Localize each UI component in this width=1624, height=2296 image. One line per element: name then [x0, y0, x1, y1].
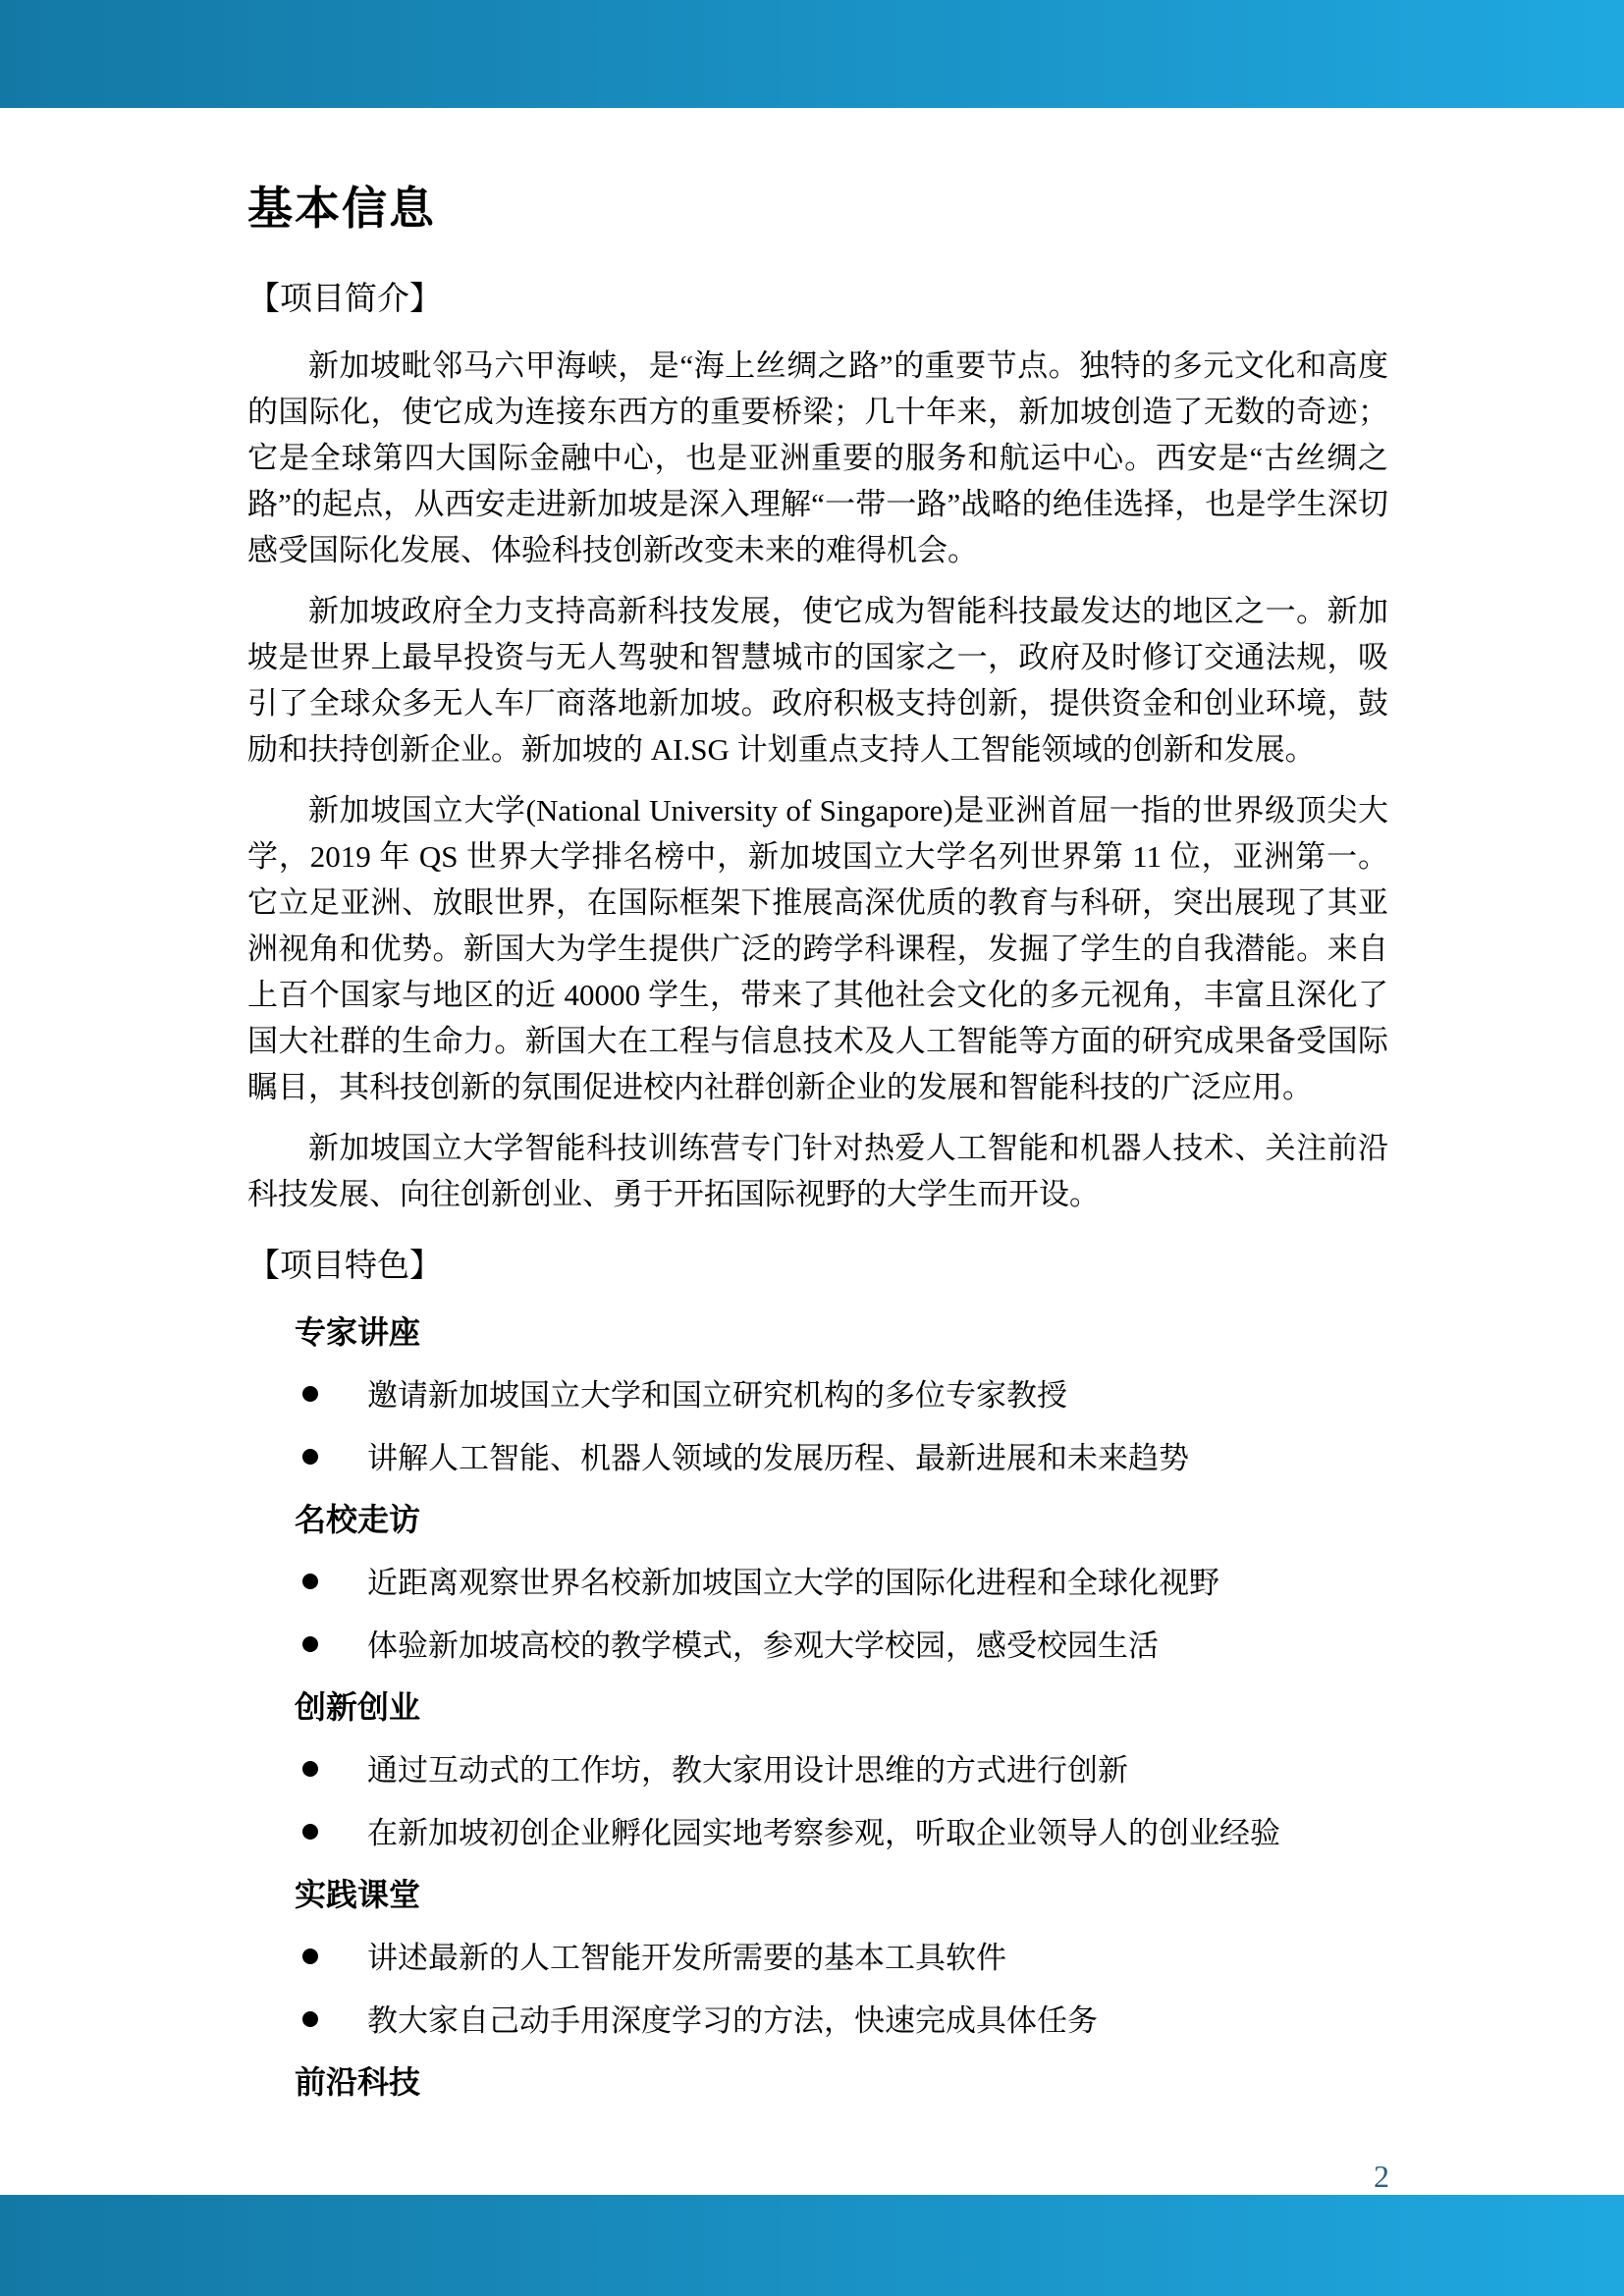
document-page: 基本信息 【项目简介】 新加坡毗邻马六甲海峡，是“海上丝绸之路”的重要节点。独特…: [0, 0, 1624, 2296]
bullet-item: 近距离观察世界名校新加坡国立大学的国际化进程和全球化视野: [302, 1560, 1388, 1606]
bullet-dot-icon: [302, 1636, 318, 1652]
header-band: [0, 0, 1624, 108]
intro-paragraph-2: 新加坡政府全力支持高新科技发展，使它成为智能科技最发达的地区之一。新加坡是世界上…: [247, 588, 1388, 773]
feature-heading-frontier-tech: 前沿科技: [295, 2059, 1388, 2106]
bullet-item: 讲解人工智能、机器人领域的发展历程、最新进展和未来趋势: [302, 1435, 1388, 1481]
bullet-dot-icon: [302, 2011, 318, 2027]
bullet-list-lectures: 邀请新加坡国立大学和国立研究机构的多位专家教授 讲解人工智能、机器人领域的发展历…: [247, 1372, 1388, 1481]
bullet-dot-icon: [302, 1449, 318, 1465]
bullet-list-practice: 讲述最新的人工智能开发所需要的基本工具软件 教大家自己动手用深度学习的方法，快速…: [247, 1935, 1388, 2044]
section-label-features: 【项目特色】: [247, 1242, 1388, 1288]
bullet-dot-icon: [302, 1824, 318, 1840]
feature-group-practice: 实践课堂 讲述最新的人工智能开发所需要的基本工具软件 教大家自己动手用深度学习的…: [247, 1872, 1388, 2044]
bullet-dot-icon: [302, 1386, 318, 1402]
feature-group-frontier-tech: 前沿科技: [247, 2059, 1388, 2106]
bullet-item: 邀请新加坡国立大学和国立研究机构的多位专家教授: [302, 1372, 1388, 1418]
bullet-item: 教大家自己动手用深度学习的方法，快速完成具体任务: [302, 1998, 1388, 2044]
bullet-dot-icon: [302, 1949, 318, 1964]
intro-paragraph-4: 新加坡国立大学智能科技训练营专门针对热爱人工智能和机器人技术、关注前沿科技发展、…: [247, 1125, 1388, 1217]
bullet-list-campus-visit: 近距离观察世界名校新加坡国立大学的国际化进程和全球化视野 体验新加坡高校的教学模…: [247, 1560, 1388, 1669]
bullet-item: 通过互动式的工作坊，教大家用设计思维的方式进行创新: [302, 1747, 1388, 1793]
intro-paragraph-1: 新加坡毗邻马六甲海峡，是“海上丝绸之路”的重要节点。独特的多元文化和高度的国际化…: [247, 343, 1388, 573]
bullet-item: 体验新加坡高校的教学模式，参观大学校园，感受校园生活: [302, 1623, 1388, 1669]
bullet-text: 讲述最新的人工智能开发所需要的基本工具软件: [367, 1941, 1006, 1975]
bullet-text: 教大家自己动手用深度学习的方法，快速完成具体任务: [367, 2003, 1098, 2038]
bullet-text: 在新加坡初创企业孵化园实地考察参观，听取企业领导人的创业经验: [367, 1816, 1280, 1850]
feature-heading-practice: 实践课堂: [295, 1872, 1388, 1918]
page-title: 基本信息: [247, 182, 1388, 236]
feature-heading-innovation: 创新创业: [295, 1684, 1388, 1731]
bullet-text: 近距离观察世界名校新加坡国立大学的国际化进程和全球化视野: [367, 1566, 1219, 1600]
feature-group-innovation: 创新创业 通过互动式的工作坊，教大家用设计思维的方式进行创新 在新加坡初创企业孵…: [247, 1684, 1388, 1856]
bullet-text: 通过互动式的工作坊，教大家用设计思维的方式进行创新: [367, 1753, 1128, 1788]
feature-heading-campus-visit: 名校走访: [295, 1497, 1388, 1543]
bullet-item: 讲述最新的人工智能开发所需要的基本工具软件: [302, 1935, 1388, 1981]
page-number: 2: [1374, 2161, 1389, 2192]
section-label-intro: 【项目简介】: [247, 275, 1388, 321]
feature-heading-lectures: 专家讲座: [295, 1309, 1388, 1356]
bullet-text: 邀请新加坡国立大学和国立研究机构的多位专家教授: [367, 1378, 1067, 1413]
intro-paragraph-3: 新加坡国立大学(National University of Singapore…: [247, 787, 1388, 1110]
bullet-dot-icon: [302, 1574, 318, 1589]
footer-band: [0, 2195, 1624, 2296]
page-content: 基本信息 【项目简介】 新加坡毗邻马六甲海峡，是“海上丝绸之路”的重要节点。独特…: [247, 182, 1388, 2106]
bullet-text: 体验新加坡高校的教学模式，参观大学校园，感受校园生活: [367, 1629, 1159, 1663]
bullet-dot-icon: [302, 1761, 318, 1777]
bullet-item: 在新加坡初创企业孵化园实地考察参观，听取企业领导人的创业经验: [302, 1810, 1388, 1856]
feature-group-lectures: 专家讲座 邀请新加坡国立大学和国立研究机构的多位专家教授 讲解人工智能、机器人领…: [247, 1309, 1388, 1481]
bullet-text: 讲解人工智能、机器人领域的发展历程、最新进展和未来趋势: [367, 1441, 1189, 1475]
feature-group-campus-visit: 名校走访 近距离观察世界名校新加坡国立大学的国际化进程和全球化视野 体验新加坡高…: [247, 1497, 1388, 1669]
bullet-list-innovation: 通过互动式的工作坊，教大家用设计思维的方式进行创新 在新加坡初创企业孵化园实地考…: [247, 1747, 1388, 1856]
